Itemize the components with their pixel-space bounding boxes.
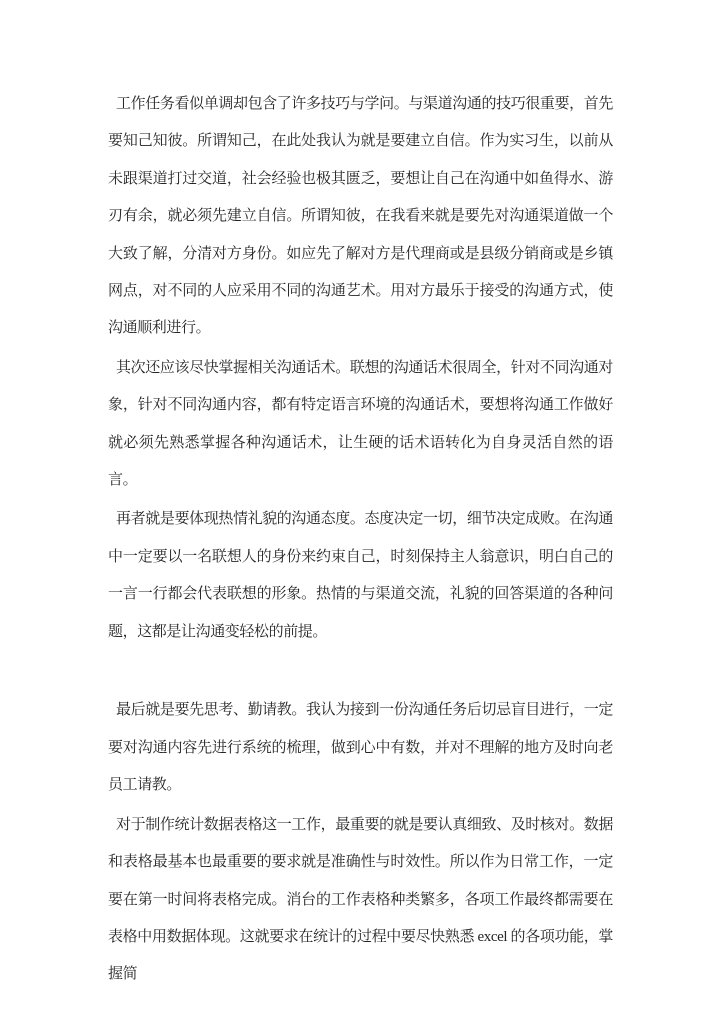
document-page: 工作任务看似单调却包含了许多技巧与学问。与渠道沟通的技巧很重要，首先要知己知彼。… bbox=[0, 0, 721, 1020]
paragraph-1: 工作任务看似单调却包含了许多技巧与学问。与渠道沟通的技巧很重要，首先要知己知彼。… bbox=[108, 86, 613, 348]
paragraph-2: 其次还应该尽快掌握相关沟通话术。联想的沟通话术很周全，针对不同沟通对象，针对不同… bbox=[108, 350, 613, 500]
blank-line bbox=[108, 653, 613, 690]
paragraph-3: 再者就是要体现热情礼貌的沟通态度。态度决定一切，细节决定成败。在沟通中一定要以一… bbox=[108, 501, 613, 651]
paragraph-5: 对于制作统计数据表格这一工作，最重要的就是要认真细致、及时核对。数据和表格最基本… bbox=[108, 807, 613, 994]
paragraph-4: 最后就是要先思考、勤请教。我认为接到一份沟通任务后切忌盲目进行，一定要对沟通内容… bbox=[108, 692, 613, 804]
